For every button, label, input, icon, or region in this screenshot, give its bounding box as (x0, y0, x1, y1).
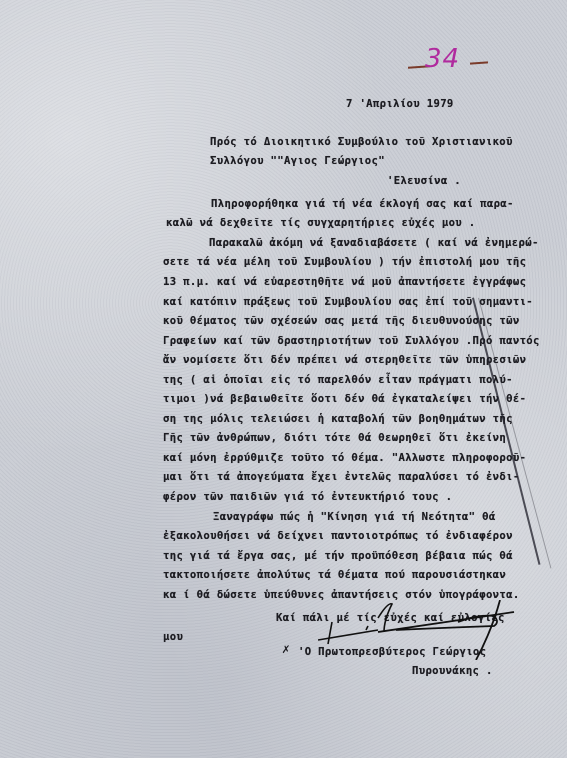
body-line: σετε τά νέα μέλη τοῦ Συμβουλίου ) τήν ἐπ… (163, 256, 526, 268)
body-line: Πληροφορήθηκα γιά τή νέα έκλογή σας καί … (211, 198, 514, 210)
addressee-line-1: Πρός τό Διοικητικό Συμβούλιο τοῦ Χριστια… (210, 136, 513, 148)
body-line: Γῆς τῶν ἀνθρώπων, διότι τότε θά θεωρηθεῖ… (163, 432, 506, 444)
body-line: καί μόνη ἐρρύθμιζε τοῦτο τό θέμα. "Αλλωσ… (163, 452, 526, 464)
body-line: φέρον τῶν παιδιῶν γιά τό ἐντευκτήριό του… (163, 491, 452, 503)
body-line: ση της μόλις τελειώσει ἡ καταβολή τῶν βο… (163, 413, 513, 425)
body-line: της ( αἱ ὁποῖαι εἰς τό παρελθόν εἶταν πρ… (163, 374, 513, 386)
body-line: κοῦ θέματος τῶν σχέσεών σας μετά τῆς διε… (163, 315, 520, 327)
body-line: της γιά τά ἔργα σας, μέ τήν προϋπόθεση β… (163, 550, 513, 562)
check-mark-icon: ✗ (282, 642, 290, 657)
body-line: 13 π.μ. καί νά εὐαρεστηθῆτε νά μοῦ ἀπαντ… (163, 276, 526, 288)
body-line: ἄν νομίσετε ὅτι δέν πρέπει νά στερηθεῖτε… (163, 354, 526, 366)
body-line: Παρακαλῶ ἀκόμη νά ξαναδιαβάσετε ( καί νά… (209, 237, 539, 249)
body-line: τιμοι )νά βεβαιωθεῖτε ὅοτι δέν θά ἐγκατα… (163, 393, 526, 405)
body-line: Ξαναγράφω πώς ἡ "Κίνηση γιά τή Νεότητα" … (213, 511, 496, 523)
page-number-dash-right (470, 61, 488, 64)
letter-date: 7 'Απριλίου 1979 (346, 98, 454, 110)
body-line: τακτοποιήσετε ἀπολύτως τά θέματα πού παρ… (163, 569, 506, 581)
addressee-place: 'Ελευσίνα . (387, 175, 461, 187)
signatory-surname: Πυρουνάκης . (412, 665, 493, 677)
letter-page: 34 7 'Απριλίου 1979 Πρός τό Διοικητικό Σ… (0, 0, 567, 758)
addressee-line-2: Συλλόγου ""Αγιος Γεώργιος" (210, 155, 385, 167)
body-line: μαι ὅτι τά ἀπογεύματα ἔχει ἐντελῶς παραλ… (163, 471, 520, 483)
body-line: μου (163, 631, 183, 643)
body-line: ἐξακολουθήσει νά δείχνει παντοιοτρόπως τ… (163, 530, 513, 542)
signatory-title: 'Ο Πρωτοπρεσβύτερος Γεώργιος (298, 646, 486, 658)
body-line: καλῶ νά δεχθεῖτε τίς συγχαρητήριες εὐχές… (166, 217, 476, 229)
page-number: 34 (425, 44, 460, 74)
